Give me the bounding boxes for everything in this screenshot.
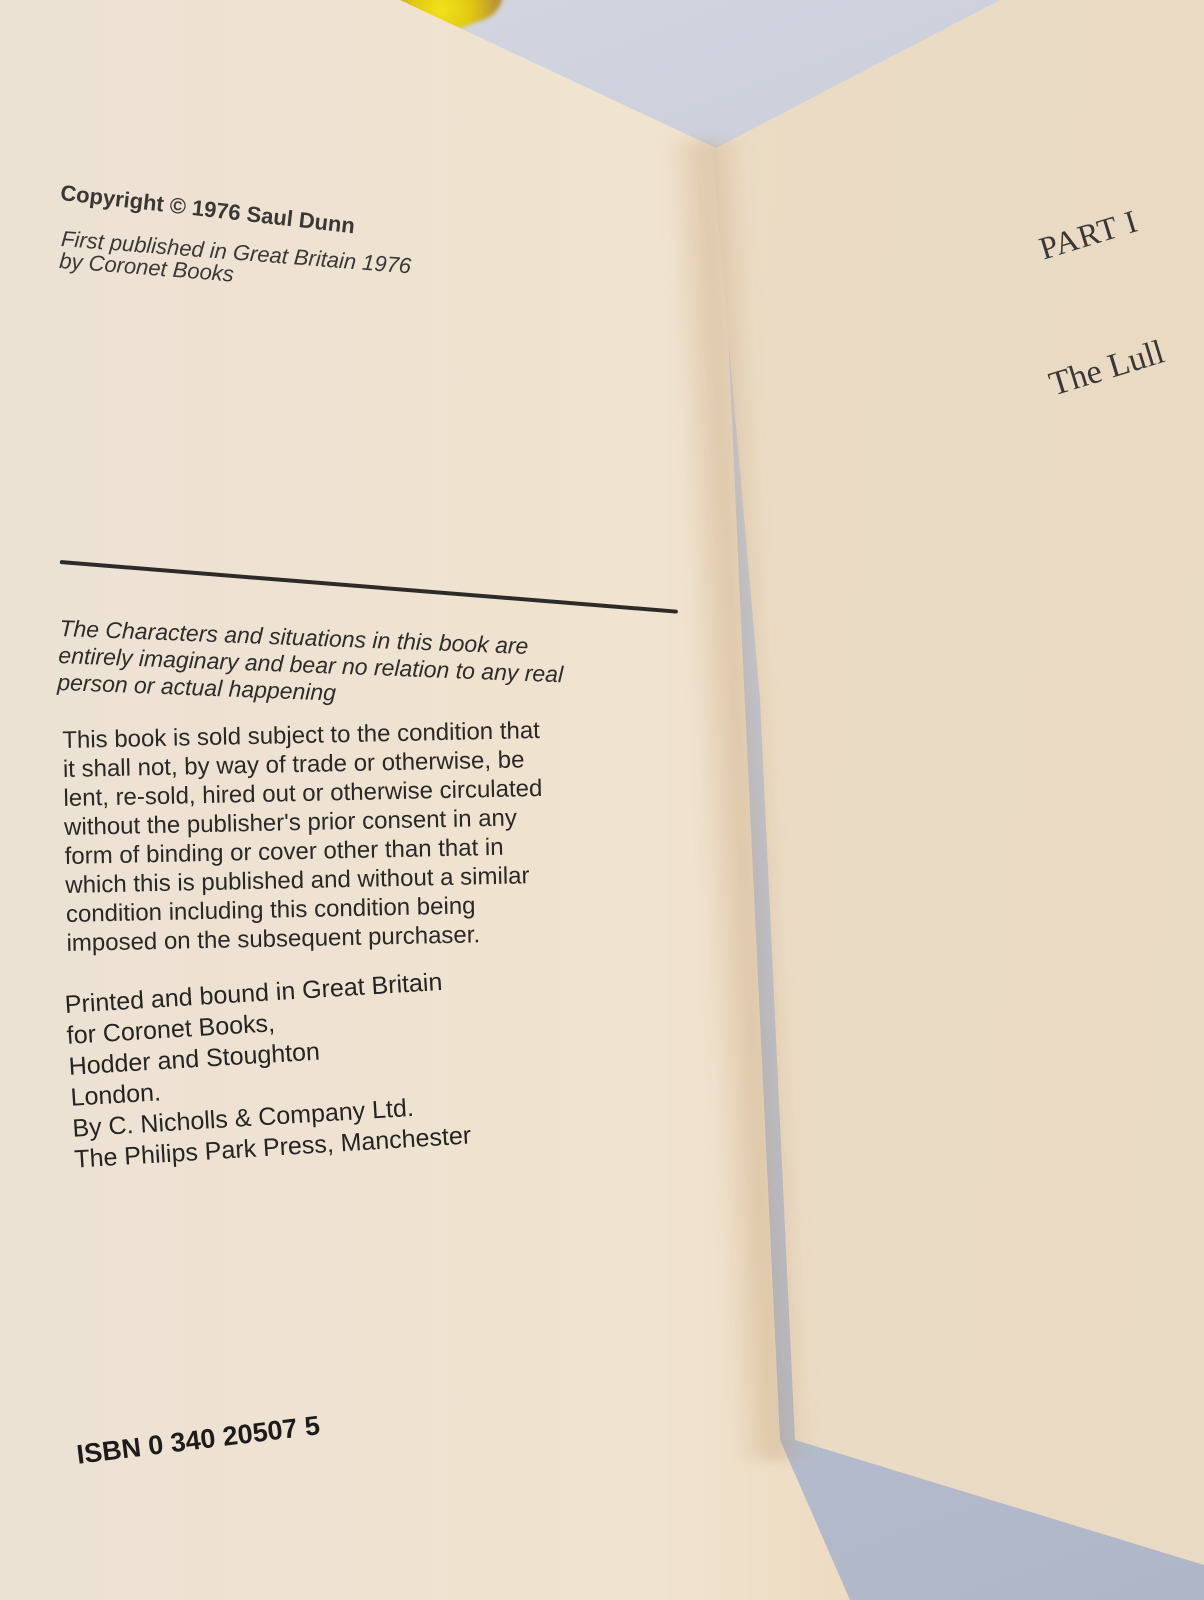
printer-info: Printed and bound in Great Britain for C… [64, 966, 472, 1176]
sale-condition: This book is sold subject to the conditi… [62, 716, 546, 958]
